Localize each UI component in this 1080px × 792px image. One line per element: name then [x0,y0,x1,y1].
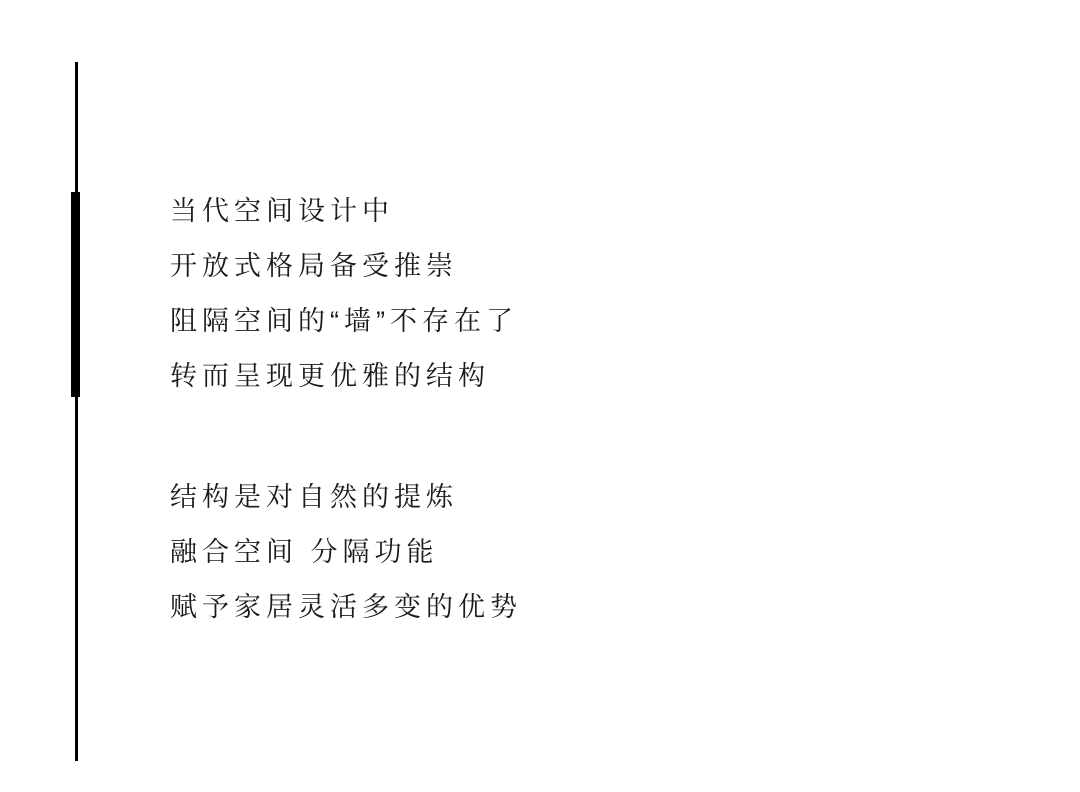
paragraph-1-line-2: 开放式格局备受推崇 [170,239,518,294]
paragraph-1-line-4: 转而呈现更优雅的结构 [170,349,518,404]
vertical-rule-line [75,62,78,761]
paragraph-2-line-3: 赋予家居灵活多变的优势 [170,580,522,635]
paragraph-2: 结构是对自然的提炼 融合空间 分隔功能 赋予家居灵活多变的优势 [170,470,522,635]
paragraph-1: 当代空间设计中 开放式格局备受推崇 阻隔空间的“墙”不存在了 转而呈现更优雅的结… [170,184,518,404]
paragraph-1-line-3: 阻隔空间的“墙”不存在了 [170,294,518,349]
paragraph-2-line-1: 结构是对自然的提炼 [170,470,522,525]
slide: 当代空间设计中 开放式格局备受推崇 阻隔空间的“墙”不存在了 转而呈现更优雅的结… [0,0,1080,792]
paragraph-1-line-1: 当代空间设计中 [170,184,518,239]
paragraph-2-line-2: 融合空间 分隔功能 [170,525,522,580]
accent-bar-thick [71,192,80,397]
